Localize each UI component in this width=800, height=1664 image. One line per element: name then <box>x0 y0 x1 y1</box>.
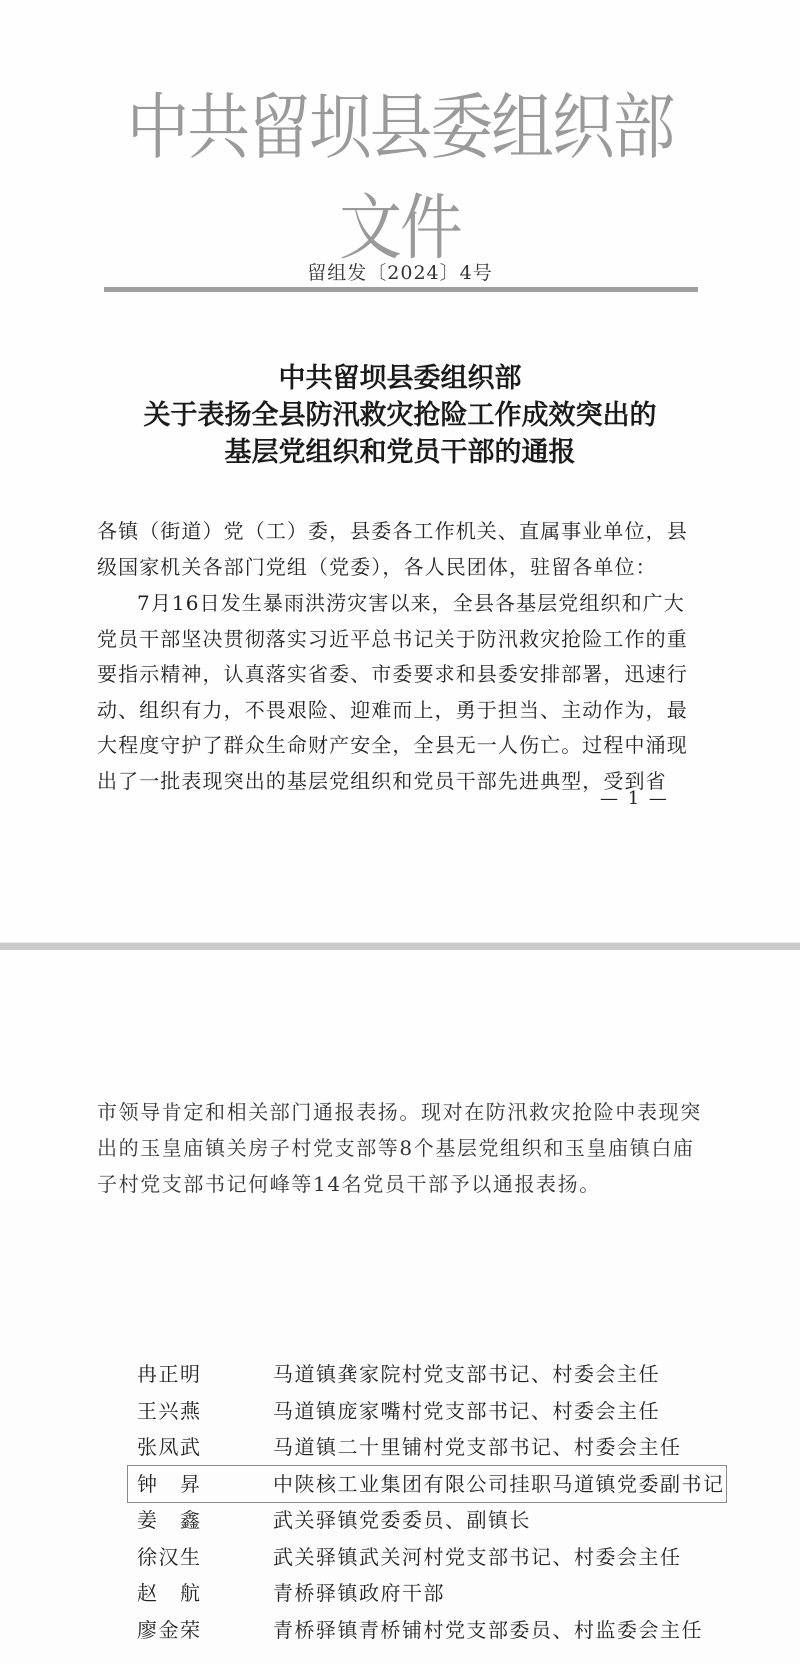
list-item: 张凤武 马道镇二十里铺村党支部书记、村委会主任 <box>120 1429 720 1466</box>
person-role: 青桥驿镇政府干部 <box>273 1575 445 1612</box>
body-paragraph-2: 市领导肯定和相关部门通报表扬。现对在防汛救灾抢险中表现突出的玉皇庙镇关房子村党支… <box>97 1094 703 1202</box>
list-item: 徐汉生 武关驿镇武关河村党支部书记、村委会主任 <box>120 1539 720 1576</box>
document-title: 中共留坝县委组织部 关于表扬全县防汛救灾抢险工作成效突出的 基层党组织和党员干部… <box>0 360 800 471</box>
person-role: 马道镇二十里铺村党支部书记、村委会主任 <box>273 1429 682 1466</box>
person-name: 张凤武 <box>137 1429 227 1466</box>
list-item: 姜 鑫 武关驿镇党委委员、副镇长 <box>120 1502 720 1539</box>
body-paragraph-1: 7月16日发生暴雨洪涝灾害以来，全县各基层党组织和广大党员干部坚决贯彻落实习近平… <box>97 586 703 799</box>
person-name: 王兴燕 <box>137 1393 227 1430</box>
title-line-1: 中共留坝县委组织部 <box>0 360 800 397</box>
list-item: 赵 航 青桥驿镇政府干部 <box>120 1575 720 1612</box>
document-number: 留组发〔2024〕4号 <box>0 258 800 285</box>
body-paragraph-1-text: 7月16日发生暴雨洪涝灾害以来，全县各基层党组织和广大党员干部坚决贯彻落实习近平… <box>97 586 703 799</box>
salutation-text: 各镇（街道）党（工）委，县委各工作机关、直属事业单位，县级国家机关各部门党组（党… <box>97 514 703 585</box>
commended-cadres-list: 冉正明 马道镇龚家院村党支部书记、村委会主任 王兴燕 马道镇庞家嘴村党支部书记、… <box>120 1356 720 1648</box>
person-role: 青桥驿镇青桥铺村党支部委员、村监委会主任 <box>273 1612 703 1649</box>
person-role: 中陕核工业集团有限公司挂职马道镇党委副书记 <box>273 1466 725 1503</box>
header-rule-divider <box>104 287 698 292</box>
list-item-highlighted: 钟 昇 中陕核工业集团有限公司挂职马道镇党委副书记 <box>128 1466 726 1503</box>
person-role: 武关驿镇武关河村党支部书记、村委会主任 <box>273 1539 682 1576</box>
list-item: 王兴燕 马道镇庞家嘴村党支部书记、村委会主任 <box>120 1393 720 1430</box>
salutation-paragraph: 各镇（街道）党（工）委，县委各工作机关、直属事业单位，县级国家机关各部门党组（党… <box>97 514 703 585</box>
person-name: 姜 鑫 <box>137 1502 227 1539</box>
person-name: 徐汉生 <box>137 1539 227 1576</box>
list-item: 冉正明 马道镇龚家院村党支部书记、村委会主任 <box>120 1356 720 1393</box>
title-line-2: 关于表扬全县防汛救灾抢险工作成效突出的 <box>0 397 800 434</box>
person-role: 马道镇庞家嘴村党支部书记、村委会主任 <box>273 1393 660 1430</box>
person-name: 冉正明 <box>137 1356 227 1393</box>
person-name: 赵 航 <box>137 1575 227 1612</box>
person-name: 廖金荣 <box>137 1612 227 1649</box>
document-page-1: 中共留坝县委组织部文件 留组发〔2024〕4号 中共留坝县委组织部 关于表扬全县… <box>0 0 800 942</box>
person-role: 武关驿镇党委委员、副镇长 <box>273 1502 531 1539</box>
list-item: 廖金荣 青桥驿镇青桥铺村党支部委员、村监委会主任 <box>120 1612 720 1649</box>
person-role: 马道镇龚家院村党支部书记、村委会主任 <box>273 1356 660 1393</box>
page-number: — 1 — <box>600 788 669 809</box>
person-name: 钟 昇 <box>137 1466 227 1503</box>
title-line-3: 基层党组织和党员干部的通报 <box>0 434 800 471</box>
letterhead-title: 中共留坝县委组织部文件 <box>116 78 684 280</box>
body-paragraph-2-text: 市领导肯定和相关部门通报表扬。现对在防汛救灾抢险中表现突出的玉皇庙镇关房子村党支… <box>97 1094 703 1202</box>
